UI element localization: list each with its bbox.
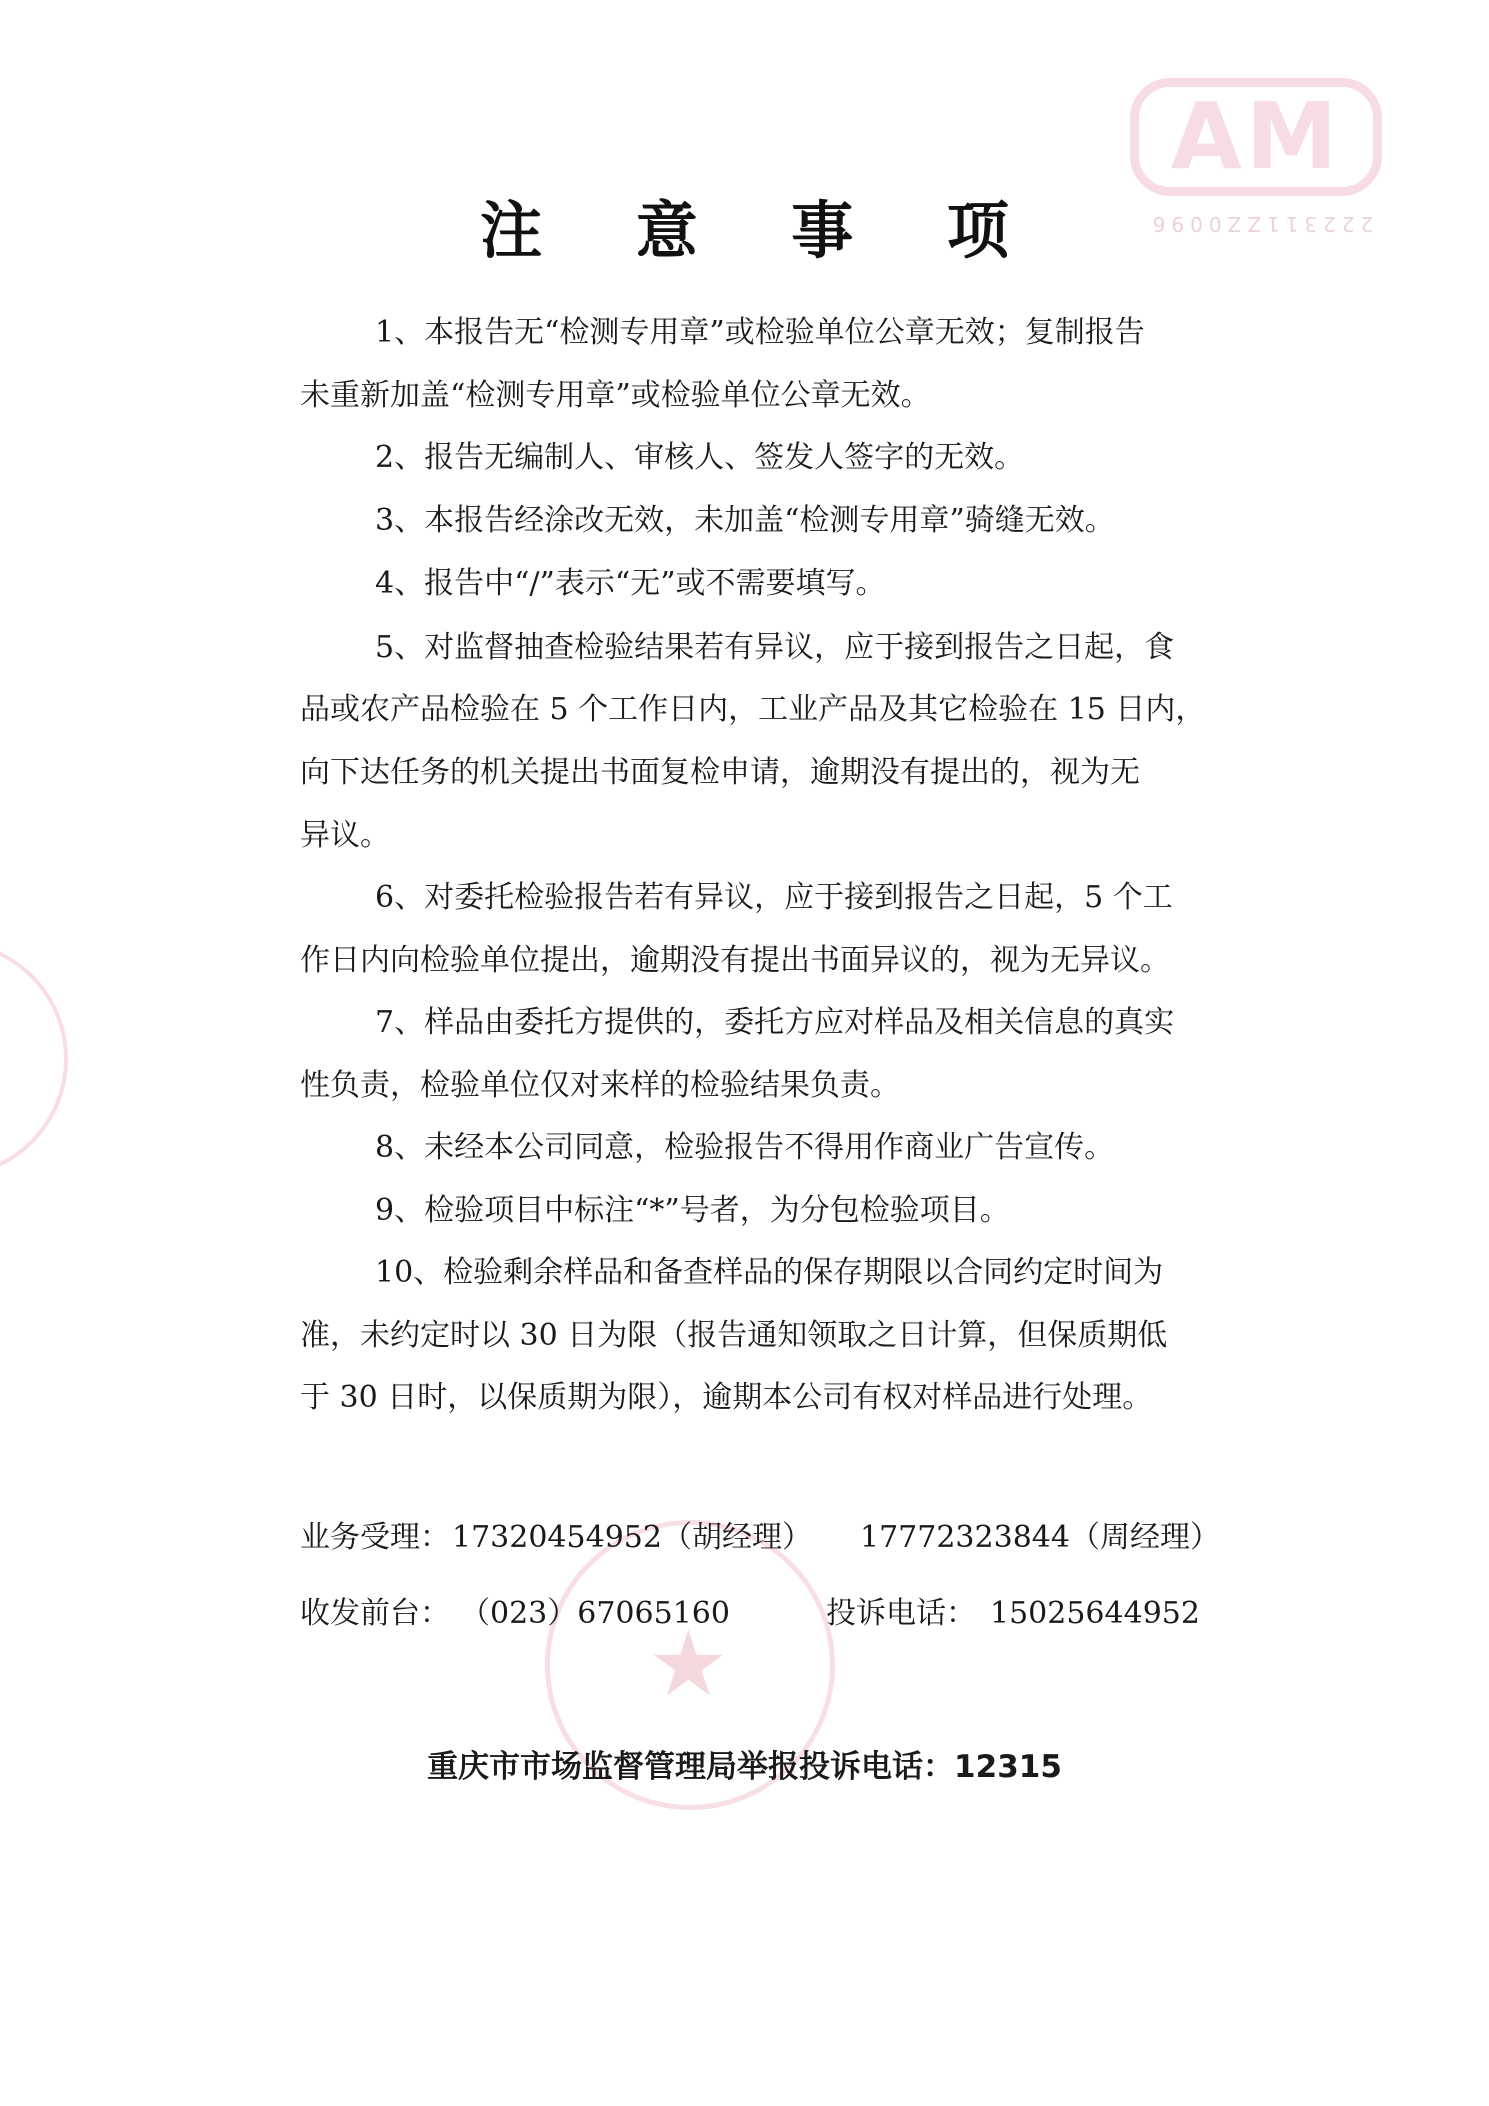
- star-icon: ★: [648, 1620, 729, 1710]
- note-4-line-1: 4、报告中“/”表示“无”或不需要填写。: [375, 569, 1260, 599]
- note-1-line-1: 1、本报告无“检测专用章”或检验单位公章无效；复制报告: [375, 318, 1260, 348]
- note-10-line-3: 于 30 日时，以保质期为限），逾期本公司有权对样品进行处理。: [300, 1383, 1260, 1413]
- note-5-line-2: 品或农产品检验在 5 个工作日内，工业产品及其它检验在 15 日内，: [300, 695, 1260, 725]
- complaint-label: 投诉电话：: [826, 1599, 976, 1629]
- note-9-line-1: 9、检验项目中标注“*”号者，为分包检验项目。: [375, 1196, 1260, 1226]
- note-10-line-1: 10、检验剩余样品和备查样品的保存期限以合同约定时间为: [375, 1258, 1260, 1288]
- note-1-line-2: 未重新加盖“检测专用章”或检验单位公章无效。: [300, 381, 1260, 411]
- note-5-line-1: 5、对监督抽查检验结果若有异议，应于接到报告之日起，食: [375, 633, 1260, 663]
- note-6-line-1: 6、对委托检验报告若有异议，应于接到报告之日起，5 个工: [375, 883, 1260, 913]
- note-5-line-3: 向下达任务的机关提出书面复检申请，逾期没有提出的，视为无: [300, 758, 1260, 788]
- business-phone-zhou: 17772323844（周经理）: [860, 1523, 1220, 1553]
- note-6-line-2: 作日内向检验单位提出，逾期没有提出书面异议的，视为无异议。: [300, 946, 1260, 976]
- am-seal-text: AM: [1171, 91, 1342, 183]
- note-5-line-4: 异议。: [300, 821, 1260, 851]
- note-7-line-1: 7、样品由委托方提供的，委托方应对样品及相关信息的真实: [375, 1008, 1260, 1038]
- note-7-line-2: 性负责，检验单位仅对来样的检验结果负责。: [300, 1071, 1260, 1101]
- complaint-phone: 15025644952: [990, 1599, 1200, 1629]
- note-2-line-1: 2、报告无编制人、审核人、签发人签字的无效。: [375, 443, 1260, 473]
- note-8-line-1: 8、未经本公司同意，检验报告不得用作商业广告宣传。: [375, 1133, 1260, 1163]
- business-label: 业务受理：: [300, 1523, 450, 1553]
- page-title: 注 意 事 项: [0, 200, 1489, 262]
- front-desk-phone: （023）67065160: [460, 1599, 730, 1629]
- business-phone-hu: 17320454952（胡经理）: [452, 1523, 812, 1553]
- note-10-line-2: 准，未约定时以 30 日为限（报告通知领取之日计算，但保质期低: [300, 1321, 1260, 1351]
- am-seal-stamp: AM: [1130, 78, 1382, 196]
- left-edge-seal-stamp: [0, 940, 68, 1178]
- front-desk-label: 收发前台：: [300, 1599, 450, 1629]
- note-3-line-1: 3、本报告经涂改无效，未加盖“检测专用章”骑缝无效。: [375, 506, 1260, 536]
- regulator-hotline: 重庆市市场监督管理局举报投诉电话：12315: [0, 1752, 1489, 1783]
